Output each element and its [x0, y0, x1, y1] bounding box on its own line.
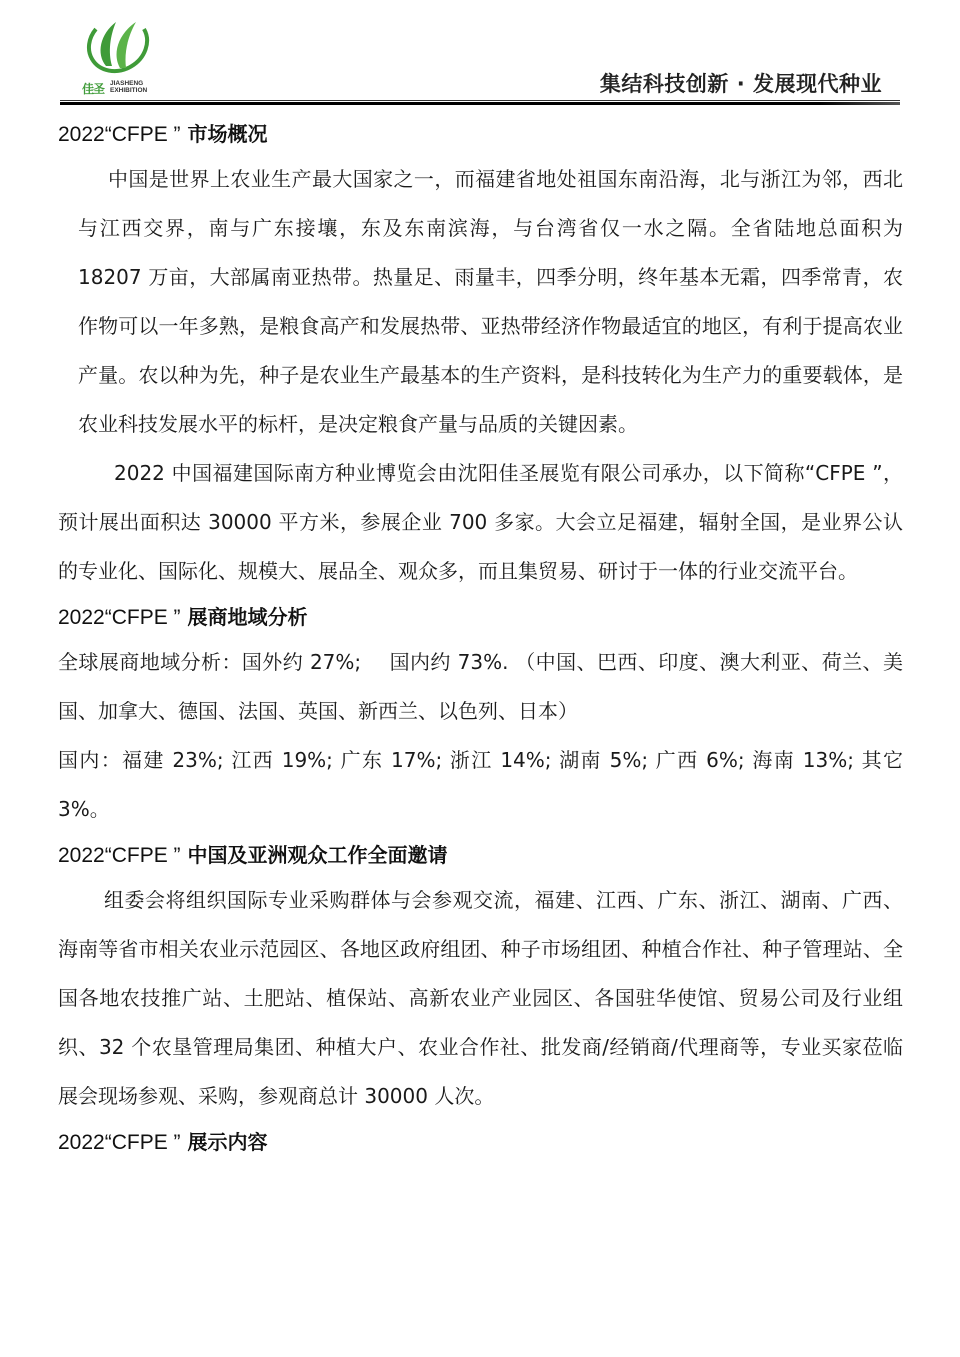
heading-prefix: 2022“CFPE ”	[58, 1131, 181, 1154]
logo-en-line2: EXHIBITION	[110, 87, 147, 94]
heading-prefix: 2022“CFPE ”	[58, 123, 181, 146]
paragraph-domestic-regions: 国内：福建 23%; 江西 19%; 广东 17%; 浙江 14%; 湖南 5%…	[58, 736, 903, 834]
jiasheng-leaf-logo-icon	[82, 14, 154, 78]
heading-prefix: 2022“CFPE ”	[58, 844, 181, 867]
paragraph-global-regions: 全球展商地域分析：国外约 27%;国内约 73%. （中国、巴西、印度、澳大利亚…	[58, 638, 903, 736]
heading-title: 展商地域分析	[188, 605, 308, 629]
heading-title: 中国及亚洲观众工作全面邀请	[188, 843, 448, 867]
logo-english-text: JIASHENG EXHIBITION	[110, 80, 147, 94]
paragraph-market-intro: 中国是世界上农业生产最大国家之一，而福建省地处祖国东南沿海，北与浙江为邻，西北与…	[58, 155, 903, 449]
heading-prefix: 2022“CFPE ”	[58, 606, 181, 629]
document-body: 2022“CFPE ” 市场概况 中国是世界上农业生产最大国家之一，而福建省地处…	[58, 113, 903, 1163]
company-logo: 佳圣 JIASHENG EXHIBITION	[80, 14, 160, 96]
paragraph-organizer: 2022 中国福建国际南方种业博览会由沈阳佳圣展览有限公司承办，以下简称“CFP…	[58, 449, 903, 596]
logo-chinese-text: 佳圣	[82, 80, 104, 97]
heading-title: 展示内容	[188, 1130, 268, 1154]
section-heading-visitor-invitation: 2022“CFPE ” 中国及亚洲观众工作全面邀请	[58, 834, 903, 876]
section-heading-exhibitor-regions: 2022“CFPE ” 展商地域分析	[58, 596, 903, 638]
header-slogan: 集结科技创新 · 发展现代种业	[600, 68, 882, 98]
heading-title: 市场概况	[188, 122, 268, 146]
global-foreign-share: 全球展商地域分析：国外约 27%;	[58, 650, 361, 674]
page-header: 佳圣 JIASHENG EXHIBITION 集结科技创新 · 发展现代种业	[0, 0, 960, 108]
paragraph-visitor-invitation: 组委会将组织国际专业采购群体与会参观交流，福建、江西、广东、浙江、湖南、广西、海…	[58, 876, 903, 1121]
logo-en-line1: JIASHENG	[110, 80, 147, 87]
section-heading-market-overview: 2022“CFPE ” 市场概况	[58, 113, 903, 155]
header-divider	[60, 100, 900, 105]
section-heading-exhibit-content: 2022“CFPE ” 展示内容	[58, 1121, 903, 1163]
